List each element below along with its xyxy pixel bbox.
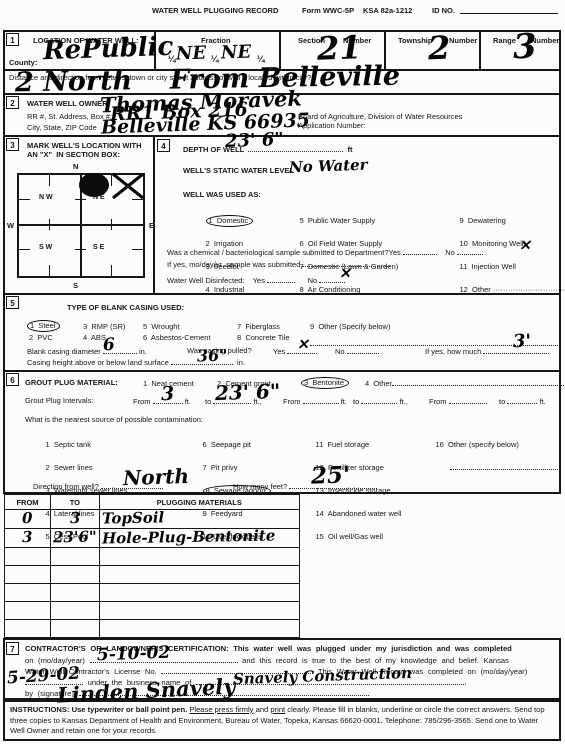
- owner-label: WATER WELL OWNER:: [27, 99, 110, 108]
- interval3-to: to ft.: [499, 396, 546, 406]
- ksa-number: KSA 82a-1212: [363, 6, 412, 15]
- grout-other-line: [392, 378, 565, 386]
- casing-height-value: 36": [197, 347, 228, 364]
- how-much-value: 3': [513, 333, 532, 352]
- table-row: [5, 566, 300, 584]
- to-header: TO: [51, 495, 100, 510]
- table-row: 0 3 TopSoil: [5, 510, 300, 529]
- section5-casing-box: 5 TYPE OF BLANK CASING USED: 1 Steel 3 R…: [3, 295, 561, 372]
- casing-pulled-yes-mark: ✕: [297, 338, 309, 352]
- casing-pulled-no: No: [335, 346, 379, 356]
- quadrant-nw-label: N W: [37, 194, 55, 201]
- chemical-sample-question: Was a chemical / bacteriological sample …: [167, 247, 483, 257]
- section3-location-mark-box: 3 MARK WELL'S LOCATION WITH AN "X" IN SE…: [3, 137, 155, 295]
- chem-no-line: [457, 247, 483, 255]
- casing-option-asbestos: 6 Asbestos-Cement: [143, 332, 211, 344]
- contam-abandoned-well: 14 Abandoned water well: [316, 509, 402, 518]
- interval1-from-value: 3: [161, 385, 175, 404]
- grid-tick: [111, 219, 112, 230]
- pulled-no-line: [347, 346, 379, 354]
- casing-option-rmp: 3 RMP (SR): [83, 321, 125, 333]
- use-option-industrial: 4 Industrial: [206, 285, 245, 294]
- section7-number-badge: 7: [6, 642, 19, 655]
- table-row: [5, 620, 300, 638]
- interval-line: [361, 396, 397, 404]
- material-value: TopSoil: [102, 510, 164, 526]
- feet-value: 25': [311, 463, 351, 487]
- divider: [479, 32, 481, 70]
- quarter-mark-2: ¼: [211, 54, 219, 64]
- how-many-feet-label: How many feet?: [233, 481, 377, 491]
- county-value: RePublic: [43, 34, 174, 65]
- grid-tick: [49, 265, 50, 276]
- disinfected-yes-line: [267, 275, 295, 283]
- materials-header: PLUGGING MATERIALS: [99, 495, 299, 510]
- casing-pulled-yes: Yes: [273, 346, 317, 356]
- from-value: 0: [22, 511, 33, 526]
- table-row: [5, 548, 300, 566]
- to-value: 3: [70, 511, 81, 526]
- if-yes-date-label: If yes, mo/day/yr sample was submitted: [167, 259, 390, 269]
- casing-diameter-label: Blank casing diameter in.: [27, 346, 147, 356]
- casing-option-fiberglass: 7 Fiberglass: [237, 321, 280, 333]
- use-option-dewatering: 9 Dewatering: [460, 216, 506, 225]
- fraction-value-2: NE: [221, 43, 252, 62]
- address-label: RR #, St. Address, Box #:: [27, 112, 112, 121]
- well-used-as-label: WELL WAS USED AS:: [183, 190, 261, 199]
- use-option-public-water: 5 Public Water Supply: [300, 216, 376, 225]
- intervals-label: Grout Plug Intervals:: [25, 396, 93, 405]
- id-no-line: [460, 13, 558, 14]
- well-location-x-mark: [77, 172, 145, 202]
- disinfected-question: Water Well Disinfected: Yes No: [167, 275, 345, 285]
- county-label: County:: [9, 58, 37, 67]
- contam-other: 16 Other (specify below): [436, 440, 519, 449]
- fraction-value-1: NE: [176, 44, 207, 63]
- grout-option-bentonite: 3 Bentonite: [301, 377, 349, 389]
- contam-other-line: [450, 462, 560, 470]
- from-value: 3: [22, 530, 33, 545]
- casing-option-steel: 1 Steel: [27, 320, 60, 332]
- static-water-level-label: WELL'S STATIC WATER LEVEL: [183, 166, 294, 175]
- contamination-col4: 16 Other (specify below): [423, 427, 560, 485]
- use-option-other: 12 Other ·······························…: [460, 285, 565, 294]
- township-value: 2: [427, 32, 450, 65]
- section1-number-badge: 1: [6, 33, 19, 46]
- id-no-label: ID NO.: [432, 6, 455, 15]
- chemical-sample-no-mark: ✕: [519, 239, 531, 253]
- contam-oil-gas-well: 15 Oil well/Gas well: [316, 532, 384, 541]
- direction-value: North: [123, 466, 190, 488]
- page-title: WATER WELL PLUGGING RECORD: [152, 6, 278, 15]
- grid-tick: [49, 219, 50, 230]
- static-water-level-value: No Water: [289, 158, 368, 176]
- casing-option-pvc: 2 PVC: [29, 332, 53, 344]
- grid-tick: [49, 175, 50, 186]
- disinfected-no-mark: ✕: [339, 267, 351, 281]
- contam-septic-tank: 1 Septic tank: [46, 440, 91, 449]
- casing-option-other: 9 Other (Specify below): [310, 321, 390, 333]
- compass-w-label: W: [7, 221, 14, 230]
- instructions-text: INSTRUCTIONS: Use typewriter or ball poi…: [10, 705, 545, 735]
- use-option-air-conditioning: 8 Air Conditioning: [300, 285, 361, 294]
- section6-grout-box: 6 GROUT PLUG MATERIAL: 1 Neat cement 2 C…: [3, 372, 561, 494]
- agency-line1: Board of Agriculture, Division of Water …: [298, 112, 462, 121]
- compass-n-label: N: [73, 162, 78, 171]
- water-well-plugging-record-form: WATER WELL PLUGGING RECORD Form WWC-5P K…: [0, 0, 565, 744]
- section6-title: GROUT PLUG MATERIAL:: [25, 378, 118, 387]
- section4-well-detail-box: 4 DEPTH OF WELL ft 23' 6" WELL'S STATIC …: [155, 137, 561, 295]
- section5-number-badge: 5: [6, 296, 19, 309]
- plugging-materials-table: FROM TO PLUGGING MATERIALS 0 3 TopSoil 3…: [4, 494, 300, 638]
- interval2-from: From ft.: [283, 396, 347, 406]
- completed-date-value: 5-10-02: [97, 645, 171, 665]
- contam-pit-privy: 7 Pit privy: [203, 463, 238, 472]
- section-value: 21: [316, 31, 362, 65]
- grid-line: [19, 224, 143, 226]
- interval1-to-value: 23' 6": [215, 381, 281, 403]
- use-option-domestic: 1 Domestic: [206, 215, 254, 227]
- grid-tick: [132, 249, 143, 250]
- grout-option-other: 4 Other: [365, 378, 565, 390]
- table-row: [5, 584, 300, 602]
- range-value: 3: [512, 30, 537, 65]
- section4-number-badge: 4: [157, 139, 170, 152]
- contam-fuel-storage: 11 Fuel storage: [316, 440, 370, 449]
- contamination-label: What is the nearest source of possible c…: [25, 415, 203, 424]
- section3-number-badge: 3: [6, 138, 19, 151]
- compass-e-label: E: [149, 221, 154, 230]
- section7-certification-box: 7 CONTRACTOR'S OR LANDOWNER'S CERTIFICAT…: [3, 638, 561, 700]
- depth-value: 23' 6": [225, 131, 284, 151]
- contam-seepage-pit: 6 Seepage pit: [203, 440, 251, 449]
- compass-s-label: S: [73, 281, 78, 290]
- material-value: Hole-Plug-Bentonite: [102, 528, 276, 546]
- casing-diameter-value: 6: [103, 337, 115, 354]
- quadrant-se-label: S E: [91, 244, 106, 251]
- contam-sewer-lines: 2 Sewer lines: [46, 463, 93, 472]
- interval-line: [449, 396, 487, 404]
- grid-tick: [19, 249, 30, 250]
- table-row: 3 23'6" Hole-Plug-Bentonite: [5, 529, 300, 548]
- grid-tick: [75, 249, 86, 250]
- township-number-label: Number: [449, 36, 477, 45]
- interval-line: [303, 396, 339, 404]
- to-value: 23'6": [53, 530, 97, 546]
- form-number: Form WWC-5P: [302, 6, 354, 15]
- instructions-box: INSTRUCTIONS: Use typewriter or ball poi…: [3, 700, 561, 741]
- casing-option-wrought: 5 Wrought: [143, 321, 180, 333]
- grid-tick: [19, 199, 30, 200]
- city-state-zip-label: City, State, ZIP Code :: [27, 123, 107, 132]
- use-option-injection: 11 Injection Well: [460, 262, 516, 271]
- section-grid: N W N E S W S E: [17, 173, 145, 278]
- section5-title: TYPE OF BLANK CASING USED:: [67, 303, 184, 312]
- quadrant-sw-label: S W: [37, 244, 54, 251]
- casing-option-concrete: 8 Concrete Tile: [237, 332, 290, 344]
- interval2-to: to ft.,: [353, 396, 408, 406]
- chem-yes-line: [403, 247, 437, 255]
- table-row: [5, 602, 300, 620]
- section3-title-line2: AN "X" IN SECTION BOX:: [27, 150, 120, 159]
- interval-line: [507, 396, 537, 404]
- interval3-from: From: [429, 396, 487, 406]
- table-header-row: FROM TO PLUGGING MATERIALS: [5, 495, 300, 510]
- section6-number-badge: 6: [6, 373, 19, 386]
- section3-title-line1: MARK WELL'S LOCATION WITH: [27, 141, 142, 150]
- grid-tick: [111, 265, 112, 276]
- from-header: FROM: [5, 495, 51, 510]
